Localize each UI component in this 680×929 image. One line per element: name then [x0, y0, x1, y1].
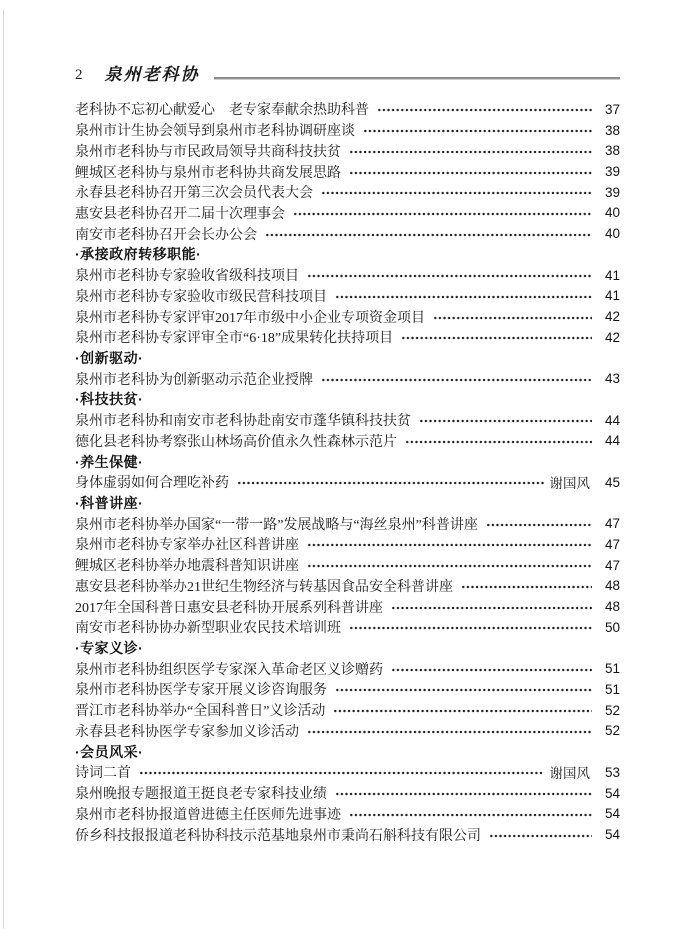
entry-page-number: 43 — [598, 371, 620, 386]
dot-leader — [419, 410, 592, 431]
dot-leader — [335, 285, 592, 306]
entry-page-number: 52 — [598, 703, 620, 718]
toc-entry: 泉州市老科协专家验收省级科技项目41 — [75, 265, 620, 286]
toc-entry: 永春县老科协召开第三次会员代表大会39 — [75, 182, 620, 203]
entry-page-number: 54 — [598, 827, 620, 842]
dot-leader — [335, 679, 592, 700]
entry-page-number: 47 — [598, 558, 620, 573]
entry-page-number: 51 — [598, 661, 620, 676]
book-page: 2 泉州老科协 老科协不忘初心献爱心 老专家奉献余热助科普37泉州市计生协会领导… — [0, 0, 680, 929]
entry-title: 鲤城区老科协举办地震科普知识讲座 — [75, 555, 299, 575]
entry-title: 泉州市老科协与市民政局领导共商科技扶贫 — [75, 141, 341, 161]
toc-entry: 身体虚弱如何合理吃补药谢国风45 — [75, 472, 620, 493]
toc-section-header: ·创新驱动· — [75, 348, 620, 369]
entry-title: 泉州市老科协和南安市老科协赴南安市蓬华镇科技扶贫 — [75, 410, 411, 430]
entry-title: 泉州市老科协医学专家开展义诊咨询服务 — [75, 679, 327, 699]
entry-title: 泉州市老科协专家验收省级科技项目 — [75, 265, 299, 285]
toc-entry: 惠安县老科协召开二届十次理事会40 — [75, 203, 620, 224]
toc-entry: 泉州晚报专题报道王挺良老专家科技业绩54 — [75, 783, 620, 804]
toc-entry: 南安市老科协召开会长办公会40 — [75, 223, 620, 244]
section-label: ·创新驱动· — [75, 348, 143, 368]
entry-title: 晋江市老科协举办“全国科普日”义诊活动 — [75, 700, 325, 720]
entry-title: 诗词二首 — [75, 762, 131, 782]
dot-leader — [321, 368, 592, 389]
toc-entry: 南安市老科协协办新型职业农民技术培训班50 — [75, 617, 620, 638]
entry-page-number: 50 — [598, 620, 620, 635]
dot-leader — [307, 721, 592, 742]
entry-title: 泉州市老科协举办国家“一带一路”发展战略与“海丝泉州”科普讲座 — [75, 514, 478, 534]
dot-leader — [461, 576, 592, 597]
scan-edge-line — [3, 10, 4, 929]
dot-leader — [307, 265, 592, 286]
toc-entry: 泉州市老科协组织医学专家深入革命老区义诊赠药51 — [75, 658, 620, 679]
dot-leader — [307, 555, 592, 576]
entry-page-number: 44 — [598, 413, 620, 428]
entry-title: 泉州市老科协为创新驱动示范企业授牌 — [75, 369, 313, 389]
toc-entry: 泉州市老科协举办国家“一带一路”发展战略与“海丝泉州”科普讲座47 — [75, 513, 620, 534]
dot-leader — [237, 472, 544, 493]
entry-page-number: 47 — [598, 537, 620, 552]
entry-title: 泉州市老科协专家验收市级民营科技项目 — [75, 286, 327, 306]
entry-title: 南安市老科协召开会长办公会 — [75, 224, 257, 244]
toc-entry: 永春县老科协医学专家参加义诊活动52 — [75, 721, 620, 742]
entry-page-number: 40 — [598, 205, 620, 220]
section-label: ·承接政府转移职能· — [75, 244, 201, 264]
section-label: ·养生保健· — [75, 452, 143, 472]
toc-entry: 泉州市老科协为创新驱动示范企业授牌43 — [75, 368, 620, 389]
dot-leader — [307, 534, 592, 555]
entry-title: 德化县老科协考察张山林场高价值永久性森林示范片 — [75, 431, 397, 451]
entry-title: 鲤城区老科协与泉州市老科协共商发展思路 — [75, 162, 341, 182]
section-label: ·会员风采· — [75, 742, 143, 762]
entry-page-number: 53 — [598, 765, 620, 780]
entry-page-number: 41 — [598, 268, 620, 283]
toc-entry: 晋江市老科协举办“全国科普日”义诊活动52 — [75, 700, 620, 721]
entry-page-number: 48 — [598, 599, 620, 614]
toc-entry: 诗词二首谢国风53 — [75, 762, 620, 783]
entry-page-number: 41 — [598, 288, 620, 303]
entry-title: 永春县老科协召开第三次会员代表大会 — [75, 182, 313, 202]
dot-leader — [377, 99, 592, 120]
dot-leader — [349, 617, 592, 638]
entry-page-number: 52 — [598, 723, 620, 738]
section-label: ·科普讲座· — [75, 493, 143, 513]
section-label: ·科技扶贫· — [75, 389, 143, 409]
toc-entry: 泉州市老科协专家举办社区科普讲座47 — [75, 534, 620, 555]
entry-page-number: 45 — [598, 475, 620, 490]
toc-entry: 鲤城区老科协举办地震科普知识讲座47 — [75, 555, 620, 576]
header-rule — [214, 77, 621, 80]
entry-title: 惠安县老科协举办21世纪生物经济与转基因食品安全科普讲座 — [75, 576, 453, 596]
entry-title: 2017年全国科普日惠安县老科协开展系列科普讲座 — [75, 597, 383, 617]
toc-section-header: ·科技扶贫· — [75, 389, 620, 410]
entry-author: 谢国风 — [550, 762, 591, 782]
entry-page-number: 54 — [598, 786, 620, 801]
entry-page-number: 47 — [598, 516, 620, 531]
entry-page-number: 39 — [598, 185, 620, 200]
page-header: 2 泉州老科协 — [75, 60, 620, 86]
toc-section-header: ·会员风采· — [75, 741, 620, 762]
dot-leader — [405, 431, 592, 452]
dot-leader — [489, 824, 592, 845]
toc-section-header: ·承接政府转移职能· — [75, 244, 620, 265]
entry-page-number: 37 — [598, 102, 620, 117]
dot-leader — [349, 161, 592, 182]
entry-page-number: 42 — [598, 330, 620, 345]
entry-title: 泉州市老科协专家评审全市“6·18”成果转化扶持项目 — [75, 327, 393, 347]
dot-leader — [363, 120, 592, 141]
header-page-number: 2 — [75, 64, 83, 86]
toc-entry: 泉州市老科协医学专家开展义诊咨询服务51 — [75, 679, 620, 700]
entry-title: 泉州市老科协组织医学专家深入革命老区义诊赠药 — [75, 659, 383, 679]
toc-entry: 泉州市计生协会领导到泉州市老科协调研座谈38 — [75, 120, 620, 141]
toc-entry: 老科协不忘初心献爱心 老专家奉献余热助科普37 — [75, 99, 620, 120]
entry-page-number: 38 — [598, 143, 620, 158]
entry-title: 泉州市老科协报道曾进德主任医师先进事迹 — [75, 804, 341, 824]
dot-leader — [391, 658, 592, 679]
dot-leader — [401, 327, 592, 348]
dot-leader — [433, 306, 592, 327]
toc-entry: 2017年全国科普日惠安县老科协开展系列科普讲座48 — [75, 596, 620, 617]
toc-entry: 泉州市老科协和南安市老科协赴南安市蓬华镇科技扶贫44 — [75, 410, 620, 431]
entry-page-number: 51 — [598, 682, 620, 697]
toc-entry: 泉州市老科协报道曾进德主任医师先进事迹54 — [75, 803, 620, 824]
entry-page-number: 54 — [598, 806, 620, 821]
toc-section-header: ·养生保健· — [75, 451, 620, 472]
entry-author: 谢国风 — [550, 472, 591, 492]
entry-title: 南安市老科协协办新型职业农民技术培训班 — [75, 617, 341, 637]
dot-leader — [333, 700, 592, 721]
entry-title: 侨乡科技报报道老科协科技示范基地泉州市秉尚石斛科技有限公司 — [75, 825, 481, 845]
entry-title: 泉州市老科协专家举办社区科普讲座 — [75, 534, 299, 554]
dot-leader — [349, 803, 592, 824]
toc-entry: 泉州市老科协专家验收市级民营科技项目41 — [75, 285, 620, 306]
entry-title: 泉州市计生协会领导到泉州市老科协调研座谈 — [75, 120, 355, 140]
entry-page-number: 44 — [598, 433, 620, 448]
toc-entry: 侨乡科技报报道老科协科技示范基地泉州市秉尚石斛科技有限公司54 — [75, 824, 620, 845]
toc-entry: 泉州市老科协与市民政局领导共商科技扶贫38 — [75, 140, 620, 161]
header-book-title: 泉州老科协 — [105, 64, 200, 86]
entry-title: 永春县老科协医学专家参加义诊活动 — [75, 721, 299, 741]
toc-entry: 泉州市老科协专家评审2017年市级中小企业专项资金项目42 — [75, 306, 620, 327]
entry-title: 泉州市老科协专家评审2017年市级中小企业专项资金项目 — [75, 307, 425, 327]
toc-section-header: ·专家义诊· — [75, 638, 620, 659]
entry-title: 泉州晚报专题报道王挺良老专家科技业绩 — [75, 783, 327, 803]
entry-page-number: 39 — [598, 164, 620, 179]
dot-leader — [486, 513, 592, 534]
dot-leader — [349, 140, 592, 161]
entry-title: 身体虚弱如何合理吃补药 — [75, 472, 229, 492]
toc-list: 老科协不忘初心献爱心 老专家奉献余热助科普37泉州市计生协会领导到泉州市老科协调… — [75, 99, 620, 845]
entry-page-number: 42 — [598, 309, 620, 324]
dot-leader — [321, 182, 592, 203]
entry-title: 惠安县老科协召开二届十次理事会 — [75, 203, 285, 223]
toc-entry: 泉州市老科协专家评审全市“6·18”成果转化扶持项目42 — [75, 327, 620, 348]
dot-leader — [391, 596, 592, 617]
dot-leader — [335, 783, 592, 804]
toc-entry: 鲤城区老科协与泉州市老科协共商发展思路39 — [75, 161, 620, 182]
toc-entry: 惠安县老科协举办21世纪生物经济与转基因食品安全科普讲座48 — [75, 576, 620, 597]
entry-title: 老科协不忘初心献爱心 老专家奉献余热助科普 — [75, 99, 369, 119]
dot-leader — [139, 762, 544, 783]
entry-page-number: 38 — [598, 123, 620, 138]
entry-page-number: 48 — [598, 578, 620, 593]
section-label: ·专家义诊· — [75, 638, 143, 658]
dot-leader — [293, 203, 592, 224]
toc-entry: 德化县老科协考察张山林场高价值永久性森林示范片44 — [75, 431, 620, 452]
entry-page-number: 40 — [598, 226, 620, 241]
toc-section-header: ·科普讲座· — [75, 493, 620, 514]
dot-leader — [265, 223, 592, 244]
